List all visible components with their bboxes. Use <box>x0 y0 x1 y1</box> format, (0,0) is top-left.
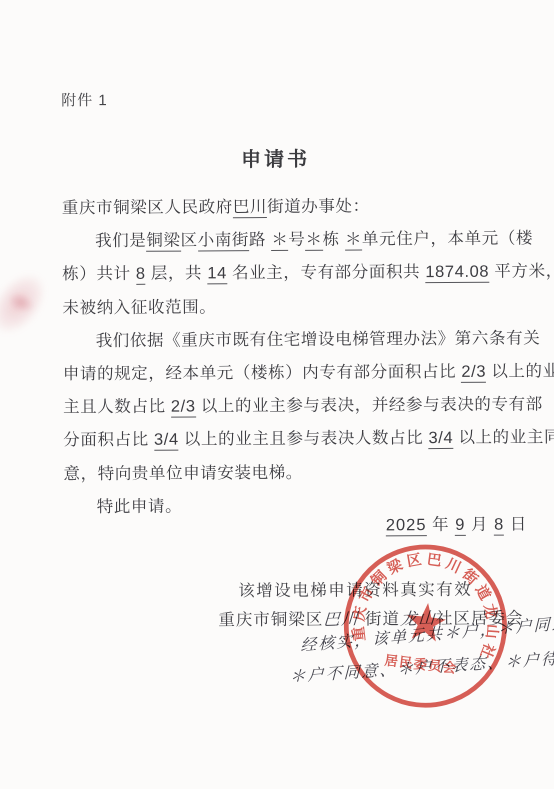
text-segment: 栋）共计 <box>62 265 136 283</box>
document-line: 主且人数占比 2/3 以上的业主参与表决，并经参与表决的专有部 <box>63 389 513 425</box>
text-segment: 14 <box>207 265 227 285</box>
document-line: 申请的规定，经本单元（楼栋）内专有部分面积占比 2/3 以上的业 <box>63 355 513 391</box>
seal-star-icon <box>404 601 447 643</box>
text-segment: 8 <box>136 265 146 285</box>
text-segment: 日 <box>504 515 527 533</box>
attachment-label: 附件 1 <box>61 89 108 110</box>
text-segment: 3/4 <box>428 429 453 449</box>
text-segment: 未被纳入征收范围。 <box>62 298 216 317</box>
text-segment: 以上的业主且参与表决人数占比 <box>179 429 429 449</box>
text-segment: ＊ <box>271 231 288 251</box>
text-segment: 路 <box>249 231 271 249</box>
document-line: 我们依据《重庆市既有住宅增设电梯管理办法》第六条有关 <box>63 322 513 358</box>
scanned-application-document: 附件 1 申请书 重庆市铜梁区人民政府巴川街道办事处：我们是铜梁区小南街路 ＊号… <box>0 0 554 789</box>
text-segment: 栋 <box>323 231 345 249</box>
text-segment: ＊ <box>345 231 362 251</box>
document-line: 重庆市铜梁区人民政府巴川街道办事处： <box>62 190 512 226</box>
text-segment: 以上的业主同 <box>453 429 554 448</box>
text-segment: 小南街 <box>198 231 249 251</box>
document-line: 我们是铜梁区小南街路 ＊号＊栋 ＊单元住户，本单元（楼 <box>62 223 512 259</box>
text-segment: 2025 <box>386 516 427 536</box>
text-segment: 2/3 <box>461 363 486 383</box>
text-segment: 月 <box>465 516 494 534</box>
date-line: 2025 年 9 月 8 日 <box>386 510 528 535</box>
text-segment: 单元住户，本单元（楼 <box>362 230 533 249</box>
text-segment: 分面积占比 <box>63 431 154 450</box>
text-segment: 以上的业主参与表决，并经参与表决的专有部 <box>196 396 543 416</box>
document-line: 分面积占比 3/4 以上的业主且参与表决人数占比 3/4 以上的业主同 <box>63 422 513 458</box>
text-segment: 号 <box>288 231 305 249</box>
text-segment: 我们依据《重庆市既有住宅增设电梯管理办法》第六条有关 <box>96 329 541 350</box>
text-segment: 层，共 <box>146 265 208 283</box>
document-line: 栋）共计 8 层，共 14 名业主，专有部分面积共 1874.08 平方米， <box>62 256 512 292</box>
official-seal: 重庆市铜梁区巴川街道龙山社区 居民委员会 <box>330 531 521 722</box>
text-segment: 3/4 <box>154 431 179 451</box>
text-segment: 重庆市铜梁区人民政府 <box>62 198 233 217</box>
document-line: 意，特向贵单位申请安装电梯。 <box>63 455 513 491</box>
text-segment: 9 <box>455 516 465 536</box>
text-segment: 街道办事处： <box>267 197 370 216</box>
text-segment: 重庆市铜梁区 <box>218 611 323 630</box>
text-segment: 区 <box>181 232 198 250</box>
text-segment: 特此申请。 <box>97 497 183 516</box>
seal-ring-text: 重庆市铜梁区巴川街道龙山社区 <box>330 531 512 662</box>
text-segment: ＊ <box>305 231 322 251</box>
document-line: 未被纳入征收范围。 <box>62 289 512 325</box>
document-title: 申请书 <box>0 141 553 173</box>
text-segment: 主且人数占比 <box>63 398 171 417</box>
text-segment: 我们是 <box>95 232 146 250</box>
text-segment: 以上的业 <box>486 362 554 380</box>
text-segment: 年 <box>426 516 455 534</box>
text-segment: 名业主，专有部分面积共 <box>227 263 426 282</box>
seal-center-text: 居民委员会 <box>384 652 458 676</box>
text-segment: 巴川 <box>233 198 267 218</box>
text-segment: 8 <box>494 516 504 536</box>
text-segment: 意，特向贵单位申请安装电梯。 <box>63 463 303 482</box>
text-segment: 2/3 <box>171 398 196 418</box>
text-segment: 申请的规定，经本单元（楼栋）内专有部分面积占比 <box>63 363 462 383</box>
document-body: 重庆市铜梁区人民政府巴川街道办事处：我们是铜梁区小南街路 ＊号＊栋 ＊单元住户，… <box>62 190 514 525</box>
text-segment: 铜梁 <box>146 232 180 252</box>
text-segment: 1874.08 <box>425 263 489 283</box>
text-segment: 平方米， <box>489 263 554 281</box>
